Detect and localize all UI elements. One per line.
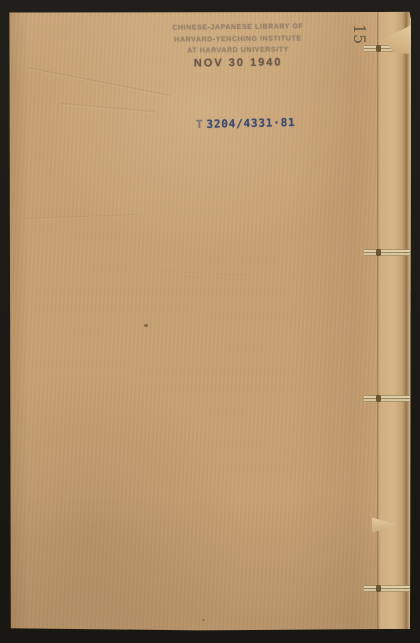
spine-edge <box>380 11 411 631</box>
paper-crease <box>27 67 170 97</box>
paper-crease <box>60 103 155 113</box>
paper-speck <box>202 619 205 621</box>
book-cover: CHINESE-JAPANESE LIBRARY OF HARVARD-YENC… <box>8 11 411 631</box>
library-stamp: CHINESE-JAPANESE LIBRARY OF HARVARD-YENC… <box>158 21 318 69</box>
binding-stitch <box>364 585 410 592</box>
call-number: T3204/4331·81 <box>196 116 296 131</box>
spine-crease <box>377 11 380 631</box>
date-stamp: NOV 30 1940 <box>158 56 318 70</box>
call-number-prefix: T <box>196 118 204 131</box>
binding-stitch <box>364 249 410 256</box>
call-number-value: 3204/4331·81 <box>206 116 295 131</box>
handwritten-volume-number: 15 <box>344 19 374 49</box>
binding-stitch <box>364 395 410 402</box>
paper-crease <box>22 214 142 220</box>
paper-crease <box>158 271 248 278</box>
book-scan-photo: CHINESE-JAPANESE LIBRARY OF HARVARD-YENC… <box>0 0 420 643</box>
paper-speck <box>144 324 148 327</box>
